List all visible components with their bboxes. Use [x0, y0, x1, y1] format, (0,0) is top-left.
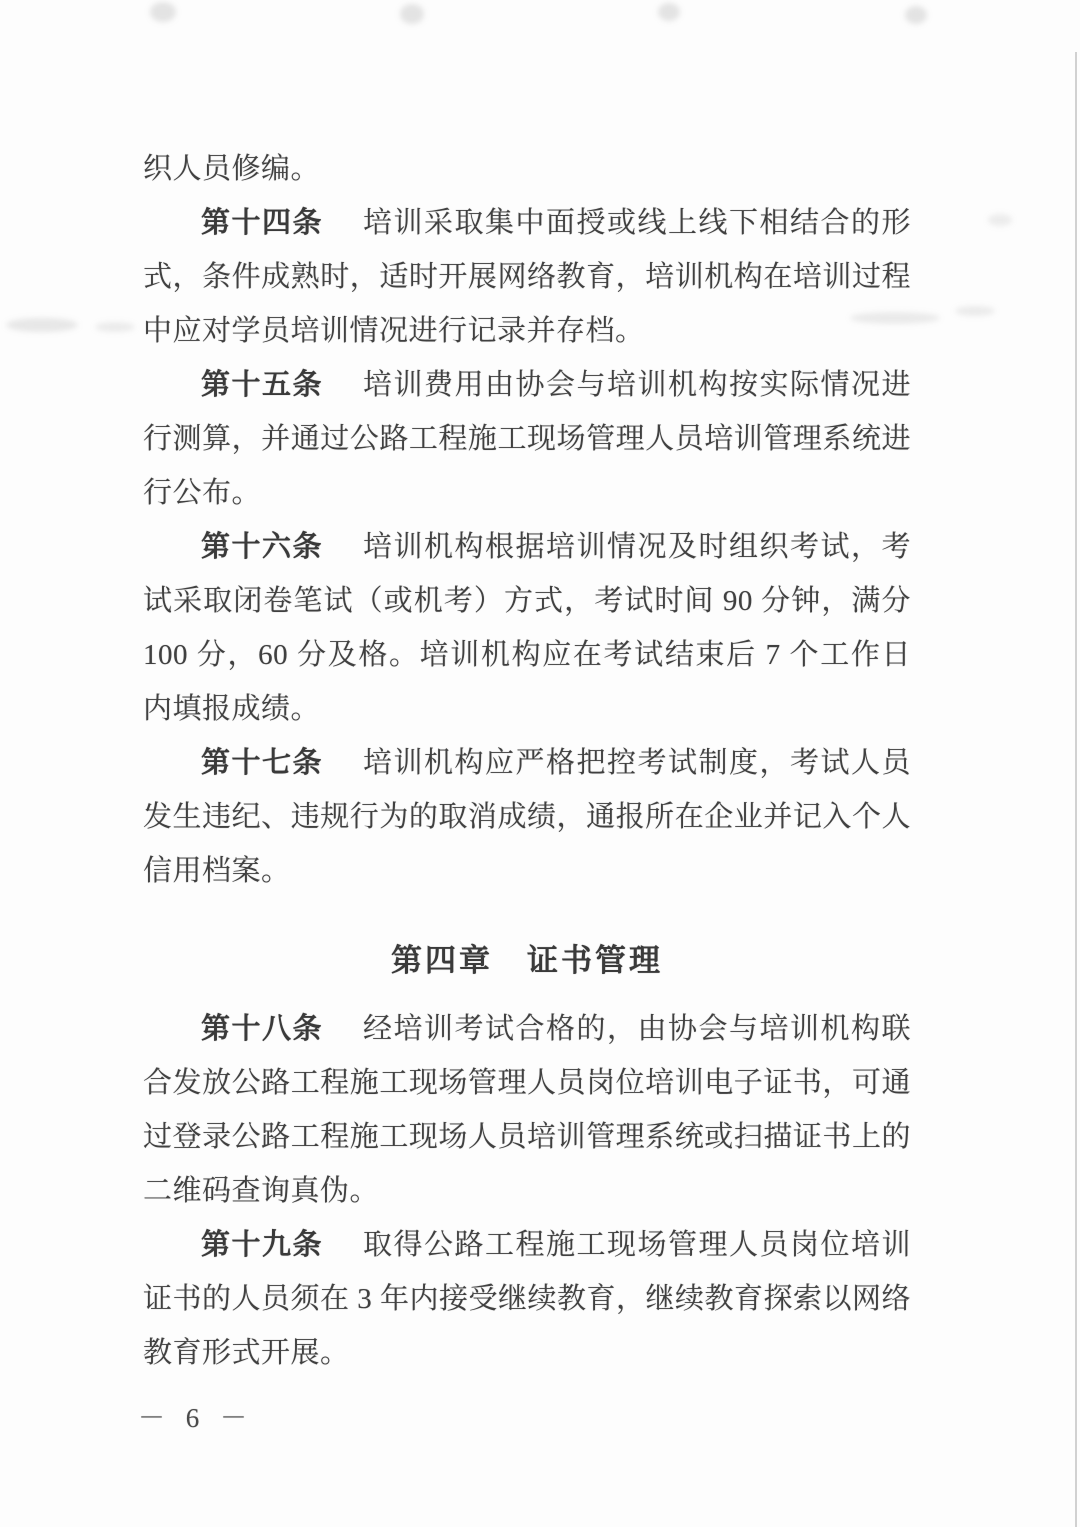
document-body: 织人员修编。 第十四条培训采取集中面授或线上线下相结合的形式，条件成熟时，适时开…: [143, 142, 911, 1380]
scan-artifact: [905, 6, 927, 24]
article-paragraph-18: 第十八条经培训考试合格的，由协会与培训机构联合发放公路工程施工现场管理人员岗位培…: [143, 1002, 911, 1218]
scan-artifact: [150, 2, 176, 22]
scan-artifact: [988, 214, 1012, 226]
article-paragraph-16: 第十六条培训机构根据培训情况及时组织考试，考试采取闭卷笔试（或机考）方式，考试时…: [143, 520, 911, 736]
scan-artifact: [658, 3, 680, 21]
page-number: － 6 －: [138, 1396, 254, 1435]
article-paragraph-14: 第十四条培训采取集中面授或线上线下相结合的形式，条件成熟时，适时开展网络教育，培…: [143, 196, 911, 358]
article-paragraph-17: 第十七条培训机构应严格把控考试制度，考试人员发生违纪、违规行为的取消成绩，通报所…: [143, 736, 911, 898]
article-number-15: 第十五条: [201, 369, 323, 401]
article-number-16: 第十六条: [201, 531, 323, 563]
chapter-heading: 第四章 证书管理: [143, 934, 911, 988]
article-number-14: 第十四条: [201, 207, 323, 239]
article-paragraph-15: 第十五条培训费用由协会与培训机构按实际情况进行测算，并通过公路工程施工现场管理人…: [143, 358, 911, 520]
article-number-18: 第十八条: [201, 1013, 323, 1045]
scan-artifact: [6, 318, 78, 332]
article-number-19: 第十九条: [201, 1229, 323, 1261]
article-paragraph-19: 第十九条取得公路工程施工现场管理人员岗位培训证书的人员须在 3 年内接受继续教育…: [143, 1218, 911, 1380]
scanner-edge-line: [1075, 52, 1077, 1527]
scan-artifact: [95, 322, 135, 332]
scan-artifact: [400, 4, 424, 24]
scan-artifact: [850, 312, 940, 324]
scan-artifact: [955, 306, 995, 316]
scanned-document-page: 织人员修编。 第十四条培训采取集中面授或线上线下相结合的形式，条件成熟时，适时开…: [0, 0, 1080, 1527]
paragraph-continuation: 织人员修编。: [143, 142, 911, 196]
article-number-17: 第十七条: [201, 747, 323, 779]
